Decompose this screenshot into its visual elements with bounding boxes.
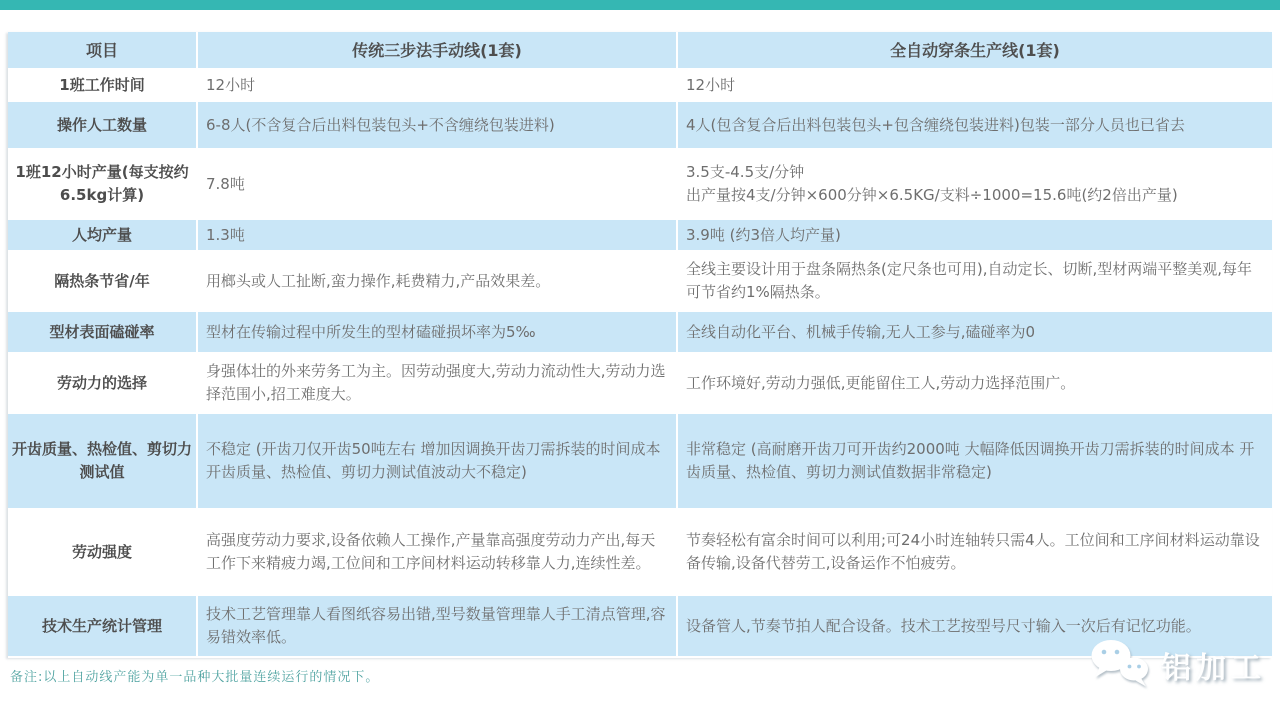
slide: 项目 传统三步法手动线(1套) 全自动穿条生产线(1套) 1班工作时间12小时1… bbox=[0, 0, 1280, 720]
table-row: 型材表面磕碰率型材在传输过程中所发生的型材磕碰损坏率为5‰全线自动化平台、机械手… bbox=[8, 312, 1272, 352]
manual-line-cell: 7.8吨 bbox=[198, 150, 676, 218]
brand-watermark: 铝加工 bbox=[1089, 638, 1266, 692]
auto-line-cell: 3.5支-4.5支/分钟 出产量按4支/分钟×600分钟×6.5KG/支料÷10… bbox=[678, 150, 1272, 218]
table-body: 1班工作时间12小时12小时操作人工数量6-8人(不含复合后出料包装包头+不含缠… bbox=[8, 70, 1272, 656]
footnote: 备注:以上自动线产能为单一品种大批量连续运行的情况下。 bbox=[10, 666, 379, 685]
row-item-cell: 技术生产统计管理 bbox=[8, 596, 196, 656]
row-item-cell: 1班工作时间 bbox=[8, 70, 196, 100]
manual-line-cell: 1.3吨 bbox=[198, 220, 676, 250]
auto-line-cell: 全线主要设计用于盘条隔热条(定尺条也可用),自动定长、切断,型材两端平整美观,每… bbox=[678, 252, 1272, 310]
row-item-cell: 人均产量 bbox=[8, 220, 196, 250]
auto-line-cell: 12小时 bbox=[678, 70, 1272, 100]
manual-line-cell: 12小时 bbox=[198, 70, 676, 100]
row-item-cell: 劳动力的选择 bbox=[8, 354, 196, 412]
table-row: 人均产量1.3吨3.9吨 (约3倍人均产量) bbox=[8, 220, 1272, 250]
header-cell-manual-line: 传统三步法手动线(1套) bbox=[198, 32, 676, 68]
auto-line-cell: 4人(包含复合后出料包装包头+包含缠绕包装进料)包装一部分人员也已省去 bbox=[678, 102, 1272, 148]
table-row: 劳动力的选择身强体壮的外来劳务工为主。因劳动强度大,劳动力流动性大,劳动力选择范… bbox=[8, 354, 1272, 412]
manual-line-cell: 6-8人(不含复合后出料包装包头+不含缠绕包装进料) bbox=[198, 102, 676, 148]
wechat-icon bbox=[1089, 638, 1151, 692]
table-row: 1班12小时产量(每支按约6.5kg计算)7.8吨3.5支-4.5支/分钟 出产… bbox=[8, 150, 1272, 218]
row-item-cell: 劳动强度 bbox=[8, 510, 196, 594]
manual-line-cell: 不稳定 (开齿刀仅开齿50吨左右 增加因调换开齿刀需拆装的时间成本 开齿质量、热… bbox=[198, 414, 676, 508]
row-item-cell: 1班12小时产量(每支按约6.5kg计算) bbox=[8, 150, 196, 218]
top-accent-bar bbox=[0, 0, 1280, 10]
header-cell-item: 项目 bbox=[8, 32, 196, 68]
table-row: 开齿质量、热检值、剪切力测试值不稳定 (开齿刀仅开齿50吨左右 增加因调换开齿刀… bbox=[8, 414, 1272, 508]
auto-line-cell: 全线自动化平台、机械手传输,无人工参与,磕碰率为0 bbox=[678, 312, 1272, 352]
auto-line-cell: 非常稳定 (高耐磨开齿刀可开齿约2000吨 大幅降低因调换开齿刀需拆装的时间成本… bbox=[678, 414, 1272, 508]
manual-line-cell: 型材在传输过程中所发生的型材磕碰损坏率为5‰ bbox=[198, 312, 676, 352]
table-row: 隔热条节省/年用榔头或人工扯断,蛮力操作,耗费精力,产品效果差。全线主要设计用于… bbox=[8, 252, 1272, 310]
table-row: 1班工作时间12小时12小时 bbox=[8, 70, 1272, 100]
row-item-cell: 型材表面磕碰率 bbox=[8, 312, 196, 352]
row-item-cell: 开齿质量、热检值、剪切力测试值 bbox=[8, 414, 196, 508]
header-cell-auto-line: 全自动穿条生产线(1套) bbox=[678, 32, 1272, 68]
manual-line-cell: 用榔头或人工扯断,蛮力操作,耗费精力,产品效果差。 bbox=[198, 252, 676, 310]
manual-line-cell: 高强度劳动力要求,设备依赖人工操作,产量靠高强度劳动力产出,每天工作下来精疲力竭… bbox=[198, 510, 676, 594]
row-item-cell: 操作人工数量 bbox=[8, 102, 196, 148]
table-row: 劳动强度高强度劳动力要求,设备依赖人工操作,产量靠高强度劳动力产出,每天工作下来… bbox=[8, 510, 1272, 594]
row-item-cell: 隔热条节省/年 bbox=[8, 252, 196, 310]
brand-text: 铝加工 bbox=[1161, 643, 1266, 687]
auto-line-cell: 工作环境好,劳动力强低,更能留住工人,劳动力选择范围广。 bbox=[678, 354, 1272, 412]
auto-line-cell: 3.9吨 (约3倍人均产量) bbox=[678, 220, 1272, 250]
manual-line-cell: 技术工艺管理靠人看图纸容易出错,型号数量管理靠人手工清点管理,容易错效率低。 bbox=[198, 596, 676, 656]
comparison-table: 项目 传统三步法手动线(1套) 全自动穿条生产线(1套) 1班工作时间12小时1… bbox=[8, 32, 1272, 658]
manual-line-cell: 身强体壮的外来劳务工为主。因劳动强度大,劳动力流动性大,劳动力选择范围小,招工难… bbox=[198, 354, 676, 412]
table-row: 操作人工数量6-8人(不含复合后出料包装包头+不含缠绕包装进料)4人(包含复合后… bbox=[8, 102, 1272, 148]
table-row: 技术生产统计管理技术工艺管理靠人看图纸容易出错,型号数量管理靠人手工清点管理,容… bbox=[8, 596, 1272, 656]
auto-line-cell: 节奏轻松有富余时间可以利用;可24小时连轴转只需4人。工位间和工序间材料运动靠设… bbox=[678, 510, 1272, 594]
table-header-row: 项目 传统三步法手动线(1套) 全自动穿条生产线(1套) bbox=[8, 32, 1272, 68]
